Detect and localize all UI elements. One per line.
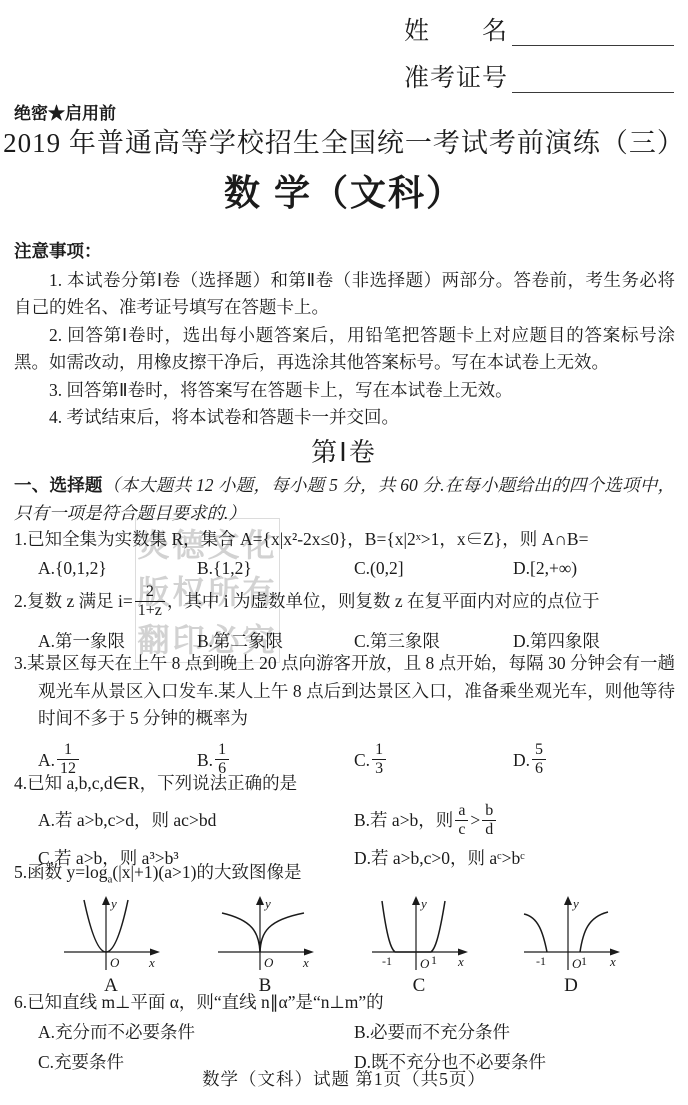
notice-item-4: 4. 考试结束后，将本试卷和答题卡一并交回。	[14, 404, 675, 432]
notice-section: 注意事项： 1. 本试卷分第Ⅰ卷（选择题）和第Ⅱ卷（非选择题）两部分。答卷前，考…	[14, 238, 675, 432]
q2-fraction-denominator: 1+z	[135, 601, 165, 620]
q4-options-row1: A.若 a>b,c>d，则 ac>bd B.若 a>b，则 ac > bd	[14, 797, 675, 843]
q4-option-b-mid: >	[470, 805, 480, 835]
section-label: 一、选择题	[14, 475, 103, 495]
q2-fraction: 2 1+z	[135, 583, 165, 620]
q3-d-num: 5	[532, 741, 546, 759]
curve-right	[580, 912, 608, 952]
tick-pos1: 1	[581, 954, 587, 968]
graph-c-plot: y x O -1 1	[364, 896, 474, 974]
q6-option-a: A.充分而不必要条件	[38, 1017, 195, 1047]
graph-option-d: y x O -1 1 D	[516, 896, 626, 997]
y-axis-label: y	[109, 896, 117, 911]
x-axis-label: x	[302, 955, 309, 970]
x-axis-label: x	[148, 955, 155, 970]
tick-neg1: -1	[382, 954, 392, 968]
question-2: 2.复数 z 满足 i= 2 1+z ，其中 i 为虚数单位，则复数 z 在复平…	[14, 578, 675, 656]
q3-a-num: 1	[57, 741, 79, 759]
graph-d-plot: y x O -1 1	[516, 896, 626, 974]
graph-a-plot: y x O	[56, 896, 166, 974]
q1-stem: 1.已知全集为实数集 R，集合 A={x|x²-2x≤0}，B={x|2ˣ>1，…	[14, 525, 675, 553]
q3-b-num: 1	[215, 741, 229, 759]
graph-b-plot: y x O	[210, 896, 320, 974]
exam-paper-page: 炎德文化 版权所有 翻印必究 姓 名 准考证号 绝密★启用前 2019 年普通高…	[0, 0, 688, 1105]
question-1: 1.已知全集为实数集 R，集合 A={x|x²-2x≤0}，B={x|2ˣ>1，…	[14, 525, 675, 583]
curve-left	[524, 914, 547, 952]
y-axis-arrow	[256, 896, 264, 905]
question-5: 5.函数 y=loga(|x|+1)(a>1)的大致图像是 y x O A	[14, 858, 675, 998]
x-axis-label: x	[457, 954, 464, 969]
notice-item-3: 3. 回答第Ⅱ卷时，将答案写在答题卡上，写在本试卷上无效。	[14, 377, 675, 405]
origin-label: O	[110, 955, 120, 970]
name-field-row: 姓 名	[404, 18, 674, 46]
content-layer: 姓 名 准考证号 绝密★启用前 2019 年普通高等学校招生全国统一考试考前演练…	[0, 0, 688, 1105]
q4-option-b-frac2: bd	[482, 802, 496, 839]
q4-option-b-pre: B.若 a>b，则	[354, 805, 453, 835]
notice-item-1: 1. 本试卷分第Ⅰ卷（选择题）和第Ⅱ卷（非选择题）两部分。答卷前，考生务必将自己…	[14, 267, 675, 322]
x-axis-label: x	[609, 954, 616, 969]
y-axis-label: y	[571, 896, 579, 911]
q5-stem: 5.函数 y=loga(|x|+1)(a>1)的大致图像是	[14, 858, 675, 894]
q6-options-row1: A.充分而不必要条件 B.必要而不充分条件	[14, 1017, 675, 1047]
q4-b-f2den: d	[482, 820, 496, 839]
q4-b-f2num: b	[482, 802, 496, 820]
section-note: （本大题共 12 小题，每小题 5 分，共 60 分.在每小题给出的四个选项中，…	[14, 475, 675, 523]
q6-option-b: B.必要而不充分条件	[354, 1017, 510, 1047]
section-heading: 一、选择题（本大题共 12 小题，每小题 5 分，共 60 分.在每小题给出的四…	[14, 472, 675, 527]
q4-stem: 4.已知 a,b,c,d∈R，下列说法正确的是	[14, 769, 675, 797]
subject-title: 数 学（文科）	[0, 165, 688, 216]
q2-stem-pre: 2.复数 z 满足 i=	[14, 591, 133, 611]
q4-option-a: A.若 a>b,c>d，则 ac>bd	[38, 797, 216, 843]
q4-b-f1den: c	[455, 820, 468, 839]
curve-left	[222, 913, 260, 952]
q2-stem: 2.复数 z 满足 i= 2 1+z ，其中 i 为虚数单位，则复数 z 在复平…	[14, 578, 675, 624]
q4-option-b-frac1: ac	[455, 802, 468, 839]
notice-heading: 注意事项：	[14, 238, 675, 266]
q5-graphs: y x O A y x	[14, 896, 675, 998]
graph-option-a: y x O A	[56, 896, 166, 997]
origin-label: O	[420, 956, 430, 971]
y-axis-label: y	[419, 896, 427, 911]
y-axis-label: y	[263, 896, 271, 911]
tick-neg1: -1	[536, 954, 546, 968]
admission-label: 准考证号	[404, 65, 508, 93]
notice-item-2: 2. 回答第Ⅰ卷时，选出每小题答案后，用铅笔把答题卡上对应题目的答案标号涂黑。如…	[14, 322, 675, 377]
q4-option-b: B.若 a>b，则 ac > bd	[354, 797, 498, 843]
q5-stem-pre: 5.函数 y=log	[14, 862, 107, 882]
q2-fraction-numerator: 2	[135, 583, 165, 601]
graph-option-c: y x O -1 1 C	[364, 896, 474, 997]
part1-title: 第Ⅰ卷	[0, 432, 688, 469]
y-axis-arrow	[102, 896, 110, 905]
name-input-line[interactable]	[512, 19, 674, 46]
q4-b-f1num: a	[455, 802, 468, 820]
curve-right	[260, 913, 304, 952]
tick-pos1: 1	[431, 953, 437, 967]
question-6: 6.已知直线 m⊥平面 α，则“直线 n∥α”是“n⊥m”的 A.充分而不必要条…	[14, 988, 675, 1077]
q2-stem-post: ，其中 i 为虚数单位，则复数 z 在复平面内对应的点位于	[167, 591, 600, 611]
q5-stem-post: (|x|+1)(a>1)的大致图像是	[112, 862, 301, 882]
question-3: 3.某景区每天在上午 8 点到晚上 20 点向游客开放，且 8 点开始，每隔 3…	[14, 650, 675, 784]
origin-label: O	[264, 955, 274, 970]
curve-flat-bottom	[382, 901, 445, 952]
graph-option-b: y x O B	[210, 896, 320, 997]
admission-input-line[interactable]	[512, 66, 674, 93]
y-axis-arrow	[564, 896, 572, 905]
q6-stem: 6.已知直线 m⊥平面 α，则“直线 n∥α”是“n⊥m”的	[14, 988, 675, 1016]
q3-stem: 3.某景区每天在上午 8 点到晚上 20 点向游客开放，且 8 点开始，每隔 3…	[14, 650, 675, 733]
exam-title: 2019 年普通高等学校招生全国统一考试考前演练（三）	[0, 121, 688, 160]
name-label: 姓 名	[404, 18, 508, 46]
admission-field-row: 准考证号	[404, 65, 674, 93]
page-footer: 数学（文科）试题 第1页（共5页）	[0, 1066, 688, 1091]
q3-c-num: 1	[372, 741, 386, 759]
y-axis-arrow	[412, 896, 420, 905]
